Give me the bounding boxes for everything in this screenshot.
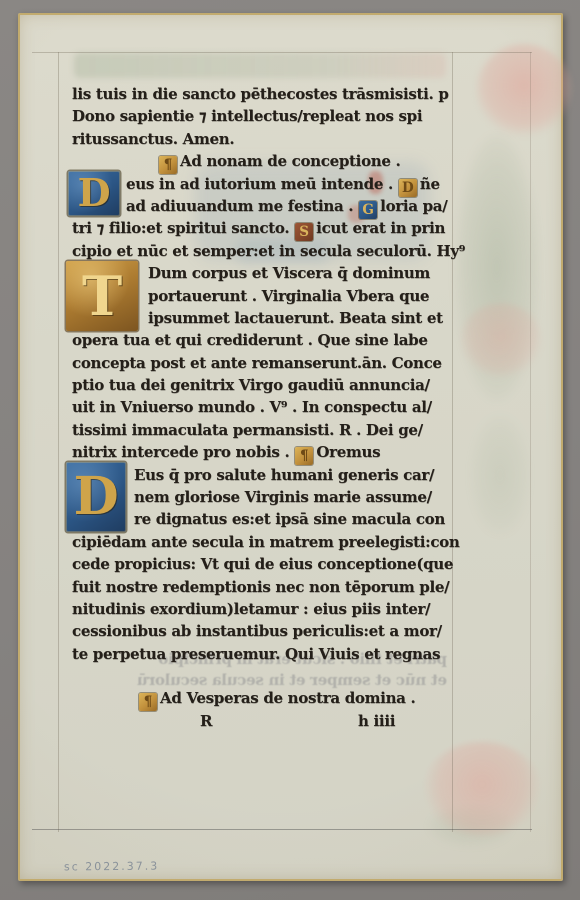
text-line: ad adiuuandum me festina . Gloria pa/ (72, 195, 452, 217)
text-line: ptio tua dei genitrix Virgo gaudiū annun… (72, 374, 452, 396)
ruled-frame-line (452, 52, 453, 832)
text-line: cipio et nūc et semper:et in secula secu… (72, 240, 452, 262)
text-line: nem gloriose Virginis marie assume/ (72, 486, 452, 508)
ruled-frame-line (32, 829, 532, 830)
text-line: tri ⁊ filio:et spiritui sancto. Sicut er… (72, 217, 452, 239)
pilcrow-mark-icon: ¶ (159, 156, 177, 174)
text-line: cipiēdam ante secula in matrem preelegis… (72, 531, 452, 553)
text-line: Eus q̄ pro salute humani generis car/ (72, 464, 452, 486)
ruled-frame-line (58, 52, 59, 832)
text-line: opera tua et qui crediderunt . Que sine … (72, 329, 452, 351)
ruled-frame-line (530, 52, 531, 832)
illuminated-initial-deus-collect: D (66, 462, 126, 532)
text-line: re dignatus es:et ipsā sine macula con (72, 508, 452, 530)
illuminated-initial-deus: D (68, 171, 120, 216)
versal-initial-sicut: S (295, 223, 313, 241)
text-block: D T D lis tuis in die sancto pēthecostes… (72, 83, 452, 732)
text-line: te perpetua preseruemur. Qui Viuis et re… (72, 643, 452, 665)
footer-row: R h iiii (72, 710, 452, 732)
catchword: R (200, 710, 212, 732)
text-line: tissimi immaculata permansisti. R . Dei … (72, 419, 452, 441)
text-line: lis tuis in die sancto pēthecostes trāsm… (72, 83, 452, 105)
pilcrow-mark-icon: ¶ (295, 447, 313, 465)
text-line: nitrix intercede pro nobis . ¶Oremus (72, 441, 452, 463)
text-line: ritussanctus. Amen. (72, 128, 452, 150)
text-line: cede propicius: Vt qui de eius conceptio… (72, 553, 452, 575)
text-line: cessionibus ab instantibus periculis:et … (72, 620, 452, 642)
text-line: concepta post et ante remanserunt.ān. Co… (72, 352, 452, 374)
versal-initial-gloria: G (359, 201, 377, 219)
text-line: nitudinis exordium)letamur : eius piis i… (72, 598, 452, 620)
versal-initial-dne: D (399, 179, 417, 197)
illuminated-initial-tuum: T (66, 261, 138, 331)
rubric-line: ¶Ad nonam de conceptione . (72, 150, 452, 172)
accession-number: sc 2022.37.3 (64, 860, 159, 874)
ruled-frame-line (32, 52, 532, 53)
signature-mark: h iiii (358, 710, 395, 732)
text-line: Dono sapientie ⁊ intellectus/repleat nos… (72, 105, 452, 127)
text-line: fuit nostre redemptionis nec non tēporum… (72, 576, 452, 598)
text-line: eus in ad iutorium meū intende . Dñe (72, 173, 452, 195)
pilcrow-mark-icon: ¶ (139, 693, 157, 711)
rubric-line: ¶Ad Vesperas de nostra domina . (72, 687, 452, 709)
text-line: uit in Vniuerso mundo . V⁹ . In conspect… (72, 396, 452, 418)
